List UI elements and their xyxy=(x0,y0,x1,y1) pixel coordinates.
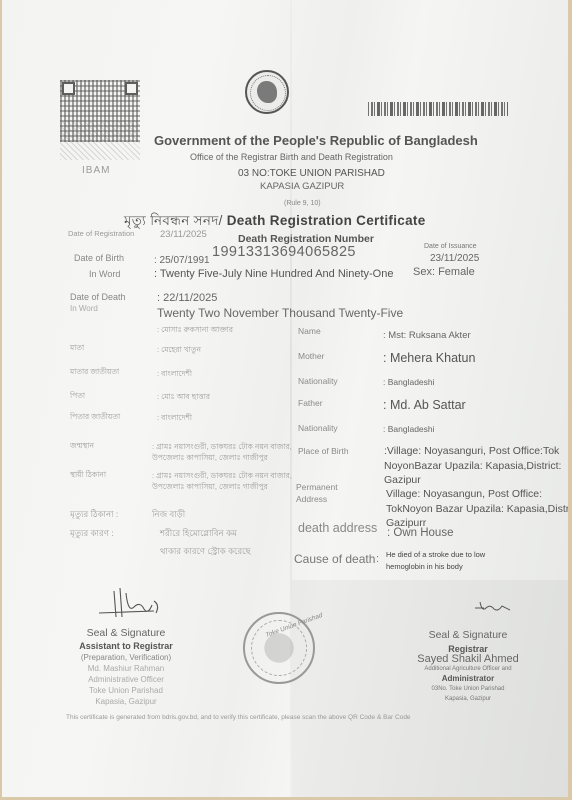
government-emblem-icon xyxy=(245,70,289,114)
dob-in-word-value: : Twenty Five-July Nine Hundred And Nine… xyxy=(154,268,393,280)
date-of-birth-value: : 25/07/1991 xyxy=(154,255,210,266)
bn-father-value: : মোঃ আব ছাত্তার xyxy=(157,392,210,404)
bn-cause-value-line2: থাকার কারণে স্ট্রোক করেছে xyxy=(160,545,251,559)
registrar-signature-icon xyxy=(472,598,512,616)
assistant-signature-block: Seal & Signature Assistant to Registrar … xyxy=(46,628,206,707)
registration-date-value: 23/11/2025 xyxy=(160,229,207,240)
bn-address-value: : গ্রামঃ নয়াসংগুরী, ডাকঘরঃ টোক নয়ন বাজ… xyxy=(152,470,292,492)
mother-value: : Mehera Khatun xyxy=(383,351,475,365)
cause-of-death-colon: : xyxy=(376,553,379,565)
registration-number-value: 19913313694065825 xyxy=(212,244,356,260)
dob-in-word-label: In Word xyxy=(89,269,120,279)
bn-name-value: : মোসাঃ রুকসানা আক্তার xyxy=(157,325,233,337)
bn-mother-nationality-label: মাতার জাতীয়তা xyxy=(70,367,119,379)
place-heading: KAPASIA GAZIPUR xyxy=(260,181,344,192)
birthplace-value: :Village: Noyasanguri, Post Office:Tok N… xyxy=(384,444,568,488)
government-heading: Government of the People's Republic of B… xyxy=(154,133,478,148)
cause-of-death-value: He died of a stroke due to low hemoglobi… xyxy=(386,549,526,573)
bn-mother-label: মাতা xyxy=(70,343,84,355)
name-value: : Mst: Ruksana Akter xyxy=(383,330,471,341)
bn-death-place-label: মৃত্যুর ঠিকানা : xyxy=(70,508,118,522)
office-heading: Office of the Registrar Birth and Death … xyxy=(190,152,393,162)
registration-date-label: Date of Registration xyxy=(68,229,134,238)
bn-birthplace-label: জন্মস্থান xyxy=(70,441,94,453)
death-certificate-page: IBAM Government of the People's Republic… xyxy=(2,0,568,797)
bn-father-nationality-label: পিতার জাতীয়তা xyxy=(70,412,120,424)
qr-code-label: IBAM xyxy=(82,165,110,176)
bn-death-place-value: নিজ বাড়ী xyxy=(152,508,185,522)
bn-address-label: স্থায়ী ঠিকানা xyxy=(70,470,106,482)
permanent-address-value: Village: Noyasangun, Post Office: TokNoy… xyxy=(386,487,568,531)
bn-mother-nationality-value: : বাংলাদেশী xyxy=(157,369,192,381)
death-address-value: : Own House xyxy=(387,527,453,539)
bn-cause-value-line1: শরীরে হিমোগ্লোবিন কম xyxy=(160,527,237,541)
certificate-title-bangla: মৃত্যু নিবন্ধন সনদ/ xyxy=(124,213,223,228)
assistant-seal-title: Seal & Signature xyxy=(46,628,206,639)
name-label: Name xyxy=(298,326,321,336)
father-label: Father xyxy=(298,398,323,408)
issuance-date-label: Date of Issuance xyxy=(424,243,477,250)
dod-in-word-value: Twenty Two November Thousand Twenty-Five xyxy=(157,306,403,320)
bn-birthplace-value: : গ্রামঃ নয়াসংগুরী, ডাকঘরঃ টোক নয়ন বাজ… xyxy=(152,441,292,463)
footer-verification-note: This certificate is generated from bdris… xyxy=(66,714,411,721)
assistant-sub: (Preparation, Verification) xyxy=(46,652,206,663)
mother-label: Mother xyxy=(298,351,324,361)
issuance-date-value: 23/11/2025 xyxy=(430,253,479,264)
bn-father-nationality-value: : বাংলাদেশী xyxy=(157,413,192,425)
assistant-line2: Toke Union Parishad xyxy=(46,685,206,696)
assistant-signature-icon xyxy=(94,583,164,623)
father-nationality-value: : Bangladeshi xyxy=(383,424,435,434)
cause-of-death-label: Cause of death xyxy=(294,552,375,566)
father-value: : Md. Ab Sattar xyxy=(383,398,466,412)
union-heading: 03 NO:TOKE UNION PARISHAD xyxy=(238,168,385,179)
permanent-address-label: Permanent Address xyxy=(296,481,356,505)
registrar-line1: Additional Agriculture Officer and xyxy=(388,664,548,674)
dod-in-word-label: In Word xyxy=(70,304,98,313)
assistant-name: Md. Mashiur Rahman xyxy=(46,663,206,674)
death-address-label: death address xyxy=(298,520,378,536)
mother-nationality-value: : Bangladeshi xyxy=(383,377,435,387)
registrar-line2: Administrator xyxy=(388,674,548,684)
qr-code-faded-area xyxy=(60,120,140,160)
assistant-line3: Kapasia, Gazipur xyxy=(46,696,206,707)
sex-value: Sex: Female xyxy=(413,266,475,278)
date-of-birth-label: Date of Birth xyxy=(74,253,124,263)
bn-mother-value: : মেহেরা খাতুন xyxy=(157,345,201,357)
date-of-death-label: Date of Death xyxy=(70,292,126,302)
father-nationality-label: Nationality xyxy=(298,423,338,433)
date-of-death-value: : 22/11/2025 xyxy=(157,292,217,304)
certificate-title-english: Death Registration Certificate xyxy=(223,213,426,228)
registrar-line4: Kapasia, Gazipur xyxy=(388,694,548,704)
registrar-signature-block: Seal & Signature Registrar Sayed Shakil … xyxy=(388,630,548,704)
assistant-line1: Administrative Officer xyxy=(46,674,206,685)
birthplace-label: Place of Birth xyxy=(298,446,349,456)
registrar-seal-title: Seal & Signature xyxy=(388,630,548,640)
registrar-name: Sayed Shakil Ahmed xyxy=(388,654,548,664)
registrar-line3: 03No. Toke Union Parishad xyxy=(388,684,548,694)
mother-nationality-label: Nationality xyxy=(298,376,338,386)
bn-cause-label: মৃত্যুর কারণ : xyxy=(70,527,114,541)
rule-reference: (Rule 9, 10) xyxy=(284,200,321,207)
bn-father-label: পিতা xyxy=(70,391,85,403)
assistant-role: Assistant to Registrar xyxy=(46,641,206,652)
barcode-icon[interactable] xyxy=(368,102,508,116)
